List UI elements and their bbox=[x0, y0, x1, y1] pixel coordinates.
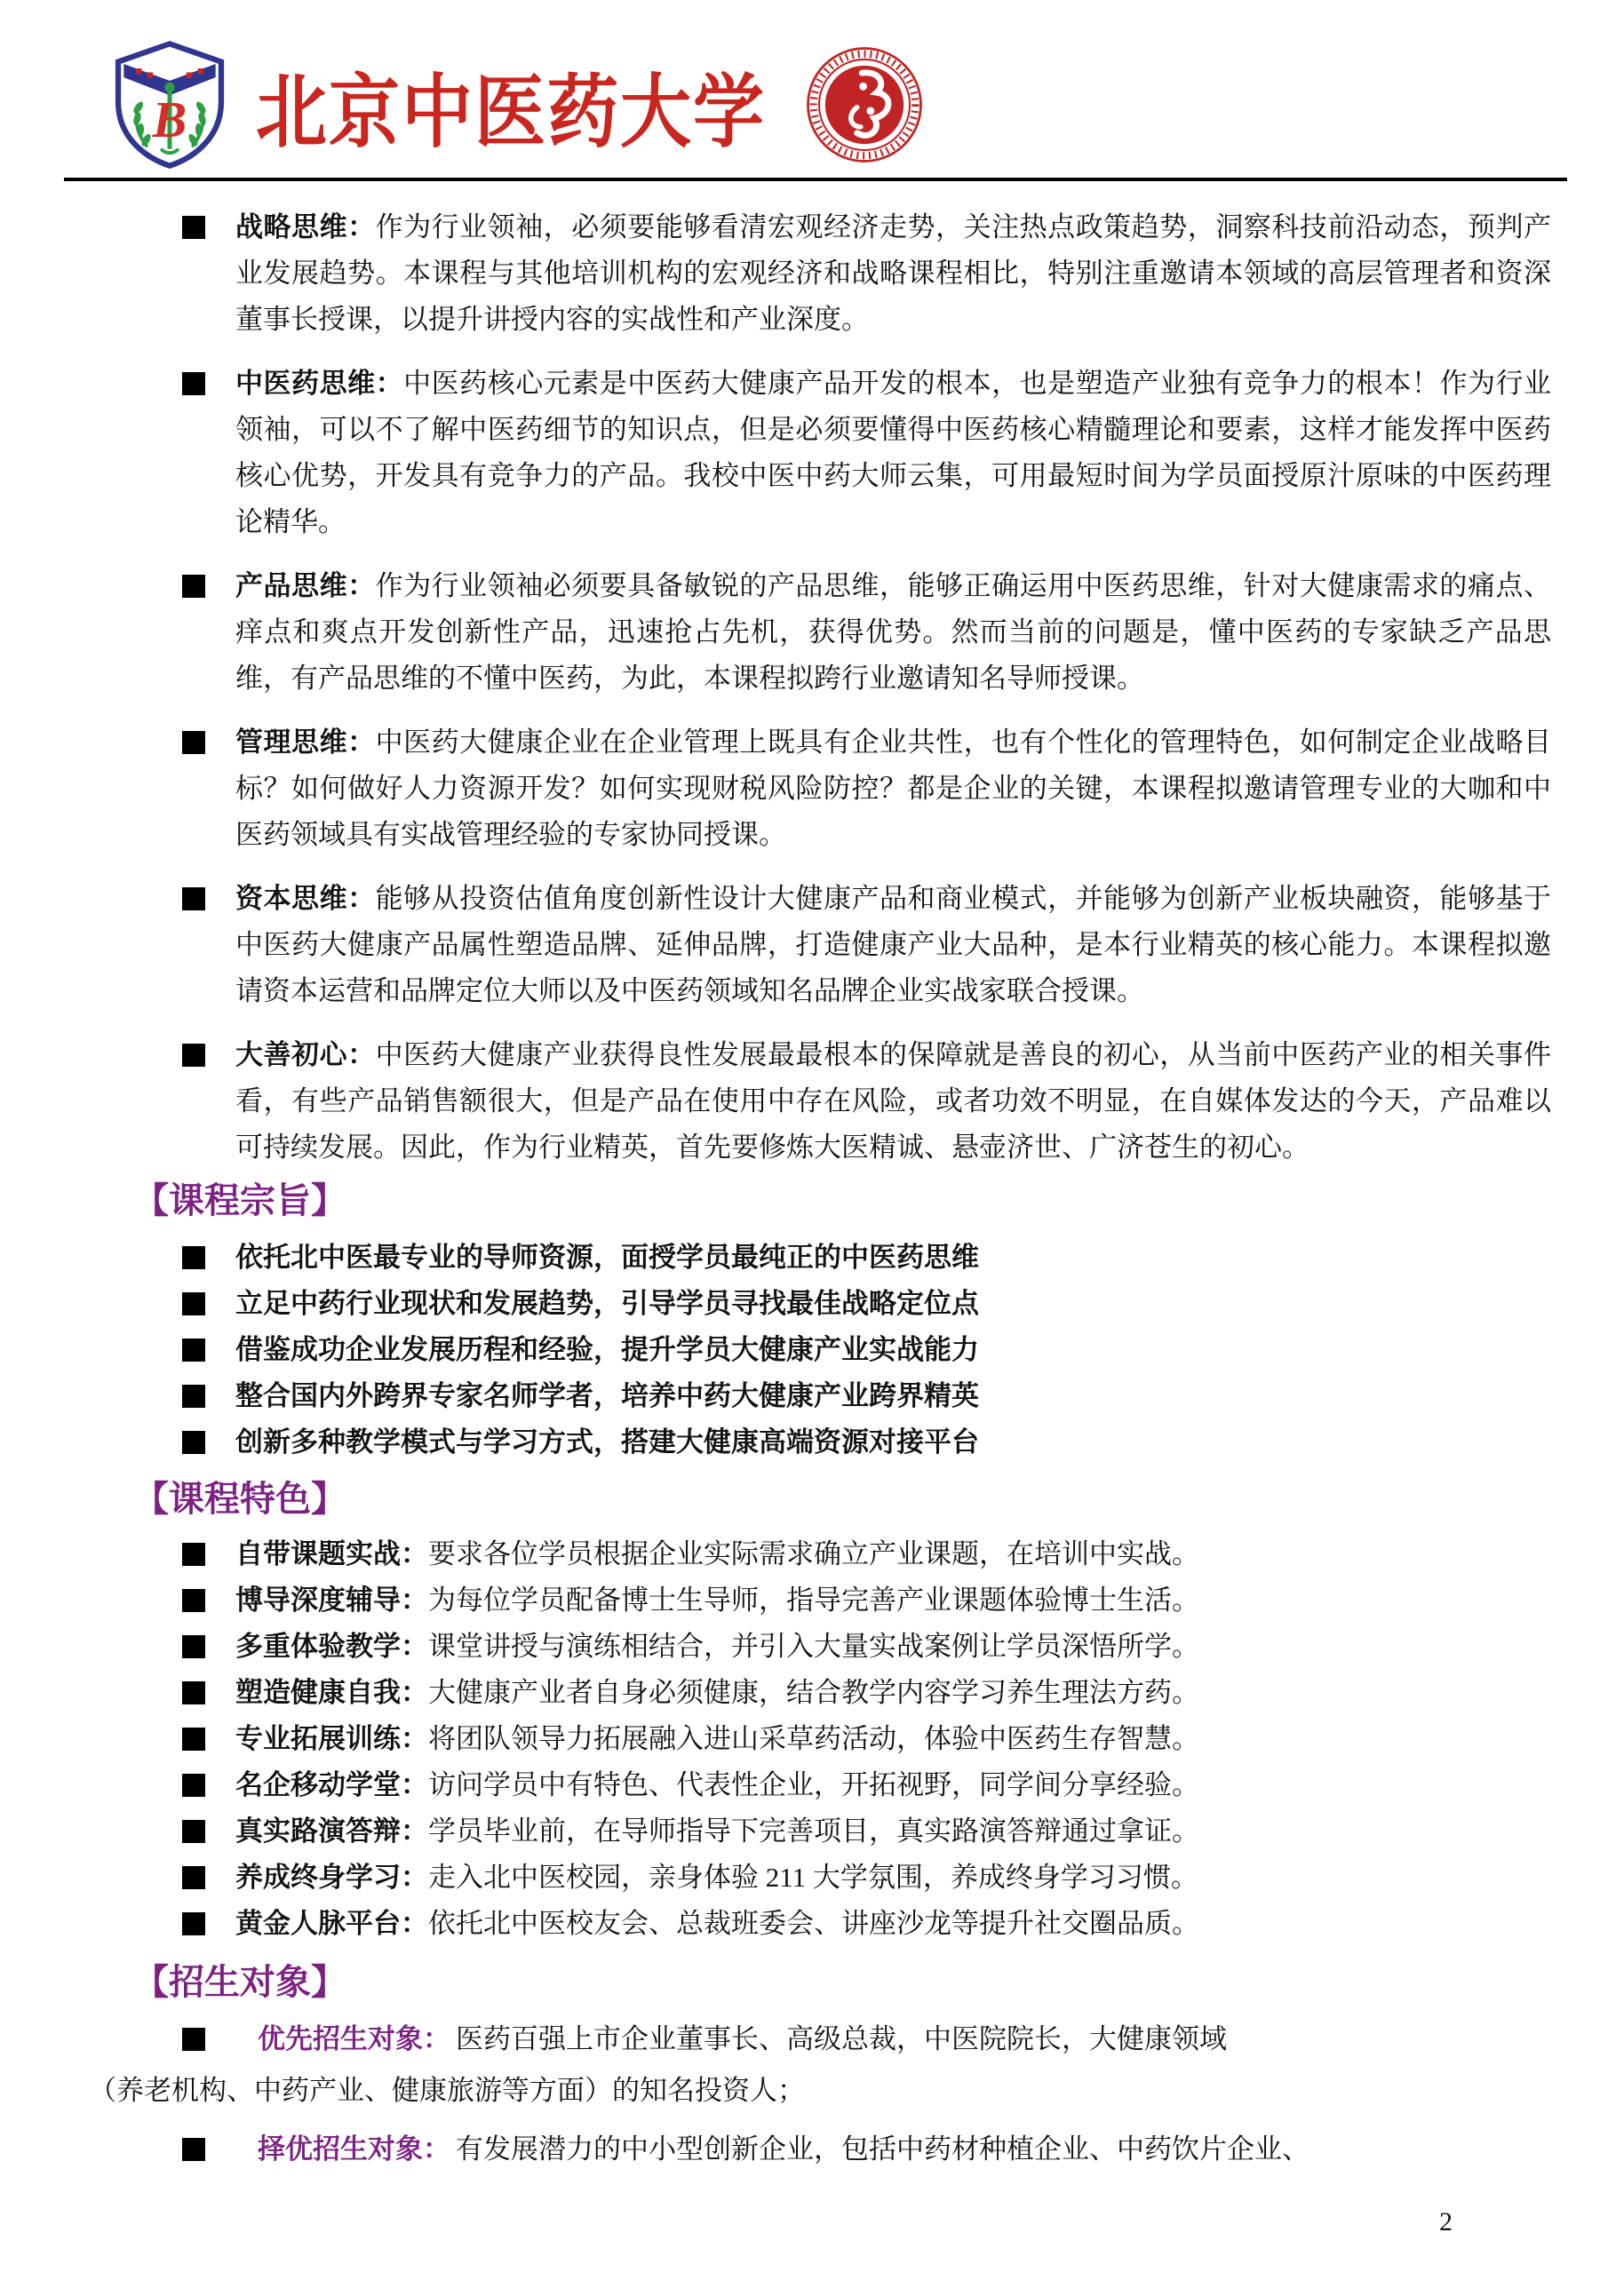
feature-label: 黄金人脉平台： bbox=[235, 1908, 428, 1939]
purpose-item-text: 创新多种教学模式与学习方式，搭建大健康高端资源对接平台 bbox=[235, 1426, 979, 1458]
feature-item: 专业拓展训练：将团队领导力拓展融入进山采草药活动，体验中医药生存智慧。 bbox=[235, 1716, 1571, 1762]
enrollment-item-selective: 择优招生对象：有发展潜力的中小型创新企业，包括中药材种植企业、中药饮片企业、 bbox=[258, 2126, 1571, 2173]
bullet-square-icon bbox=[182, 1543, 205, 1566]
bullet-square-icon bbox=[182, 2028, 205, 2051]
feature-text: 学员毕业前，在导师指导下完善项目，真实路演答辩通过拿证。 bbox=[428, 1815, 1199, 1847]
feature-item: 养成终身学习：走入北中医校园，亲身体验 211 大学氛围，养成终身学习习惯。 bbox=[235, 1855, 1571, 1901]
document-page: B 北京中医药大学 战略思维：作为行业领袖，必须要能够看清宏观经济走势，关注热点… bbox=[0, 0, 1624, 2296]
bullet-square-icon bbox=[182, 1774, 205, 1797]
bullet-square-icon bbox=[182, 1589, 205, 1612]
page-number: 2 bbox=[1439, 2207, 1453, 2237]
feature-label: 多重体验教学： bbox=[235, 1631, 428, 1662]
bullet-square-icon bbox=[182, 1431, 205, 1454]
bullet-square-icon bbox=[182, 1044, 205, 1067]
bullet-square-icon bbox=[182, 575, 205, 598]
feature-text: 将团队领导力拓展融入进山采草药活动，体验中医药生存智慧。 bbox=[428, 1723, 1199, 1754]
thinking-point-product: 产品思维：作为行业领袖必须要具备敏锐的产品思维，能够正确运用中医药思维，针对大健… bbox=[235, 563, 1551, 702]
purpose-item: 立足中药行业现状和发展趋势，引导学员寻找最佳战略定位点 bbox=[235, 1281, 1551, 1327]
feature-item: 真实路演答辩：学员毕业前，在导师指导下完善项目，真实路演答辩通过拿证。 bbox=[235, 1808, 1571, 1855]
thinking-point-kindness: 大善初心：中医药大健康产业获得良性发展最最根本的保障就是善良的初心，从当前中医药… bbox=[235, 1032, 1551, 1171]
bullet-square-icon bbox=[182, 1681, 205, 1704]
point-label: 战略思维： bbox=[235, 211, 376, 242]
bullet-square-icon bbox=[182, 887, 205, 910]
feature-label: 名企移动学堂： bbox=[235, 1769, 428, 1800]
bullet-square-icon bbox=[182, 1820, 205, 1843]
header-divider bbox=[64, 178, 1567, 181]
purpose-item: 整合国内外跨界专家名师学者，培养中药大健康产业跨界精英 bbox=[235, 1373, 1551, 1419]
purpose-item-text: 借鉴成功企业发展历程和经验，提升学员大健康产业实战能力 bbox=[235, 1334, 979, 1365]
university-seal-icon bbox=[803, 36, 926, 174]
point-label: 资本思维： bbox=[235, 883, 376, 914]
feature-label: 博导深度辅导： bbox=[235, 1585, 428, 1616]
feature-label: 塑造健康自我： bbox=[235, 1677, 428, 1708]
purpose-item: 借鉴成功企业发展历程和经验，提升学员大健康产业实战能力 bbox=[235, 1327, 1551, 1373]
feature-text: 走入北中医校园，亲身体验 211 大学氛围，养成终身学习习惯。 bbox=[428, 1862, 1198, 1893]
purpose-item: 依托北中医最专业的导师资源，面授学员最纯正的中医药思维 bbox=[235, 1235, 1551, 1281]
feature-text: 课堂讲授与演练相结合，并引入大量实战案例让学员深悟所学。 bbox=[428, 1631, 1199, 1662]
enrollment-text: 有发展潜力的中小型创新企业，包括中药材种植企业、中药饮片企业、 bbox=[456, 2133, 1310, 2165]
point-text: 能够从投资估值角度创新性设计大健康产品和商业模式，并能够为创新产业板块融资，能够… bbox=[235, 883, 1551, 1006]
bullet-square-icon bbox=[182, 1912, 205, 1935]
feature-item: 塑造健康自我：大健康产业者自身必须健康，结合教学内容学习养生理法方药。 bbox=[235, 1670, 1571, 1716]
point-label: 中医药思维： bbox=[235, 368, 403, 399]
thinking-point-strategy: 战略思维：作为行业领袖，必须要能够看清宏观经济走势，关注热点政策趋势，洞察科技前… bbox=[235, 204, 1551, 343]
bullet-square-icon bbox=[182, 1866, 205, 1889]
point-text: 中医药大健康产业获得良性发展最最根本的保障就是善良的初心，从当前中医药产业的相关… bbox=[235, 1039, 1551, 1163]
bullet-square-icon bbox=[182, 1339, 205, 1362]
feature-text: 依托北中医校友会、总裁班委会、讲座沙龙等提升社交圈品质。 bbox=[428, 1908, 1199, 1939]
university-crest-icon: B bbox=[114, 39, 226, 171]
enrollment-item-priority: 优先招生对象：医药百强上市企业董事长、高级总裁，中医院院长，大健康领域 bbox=[258, 2016, 1571, 2062]
purpose-list: 依托北中医最专业的导师资源，面授学员最纯正的中医药思维 立足中药行业现状和发展趋… bbox=[0, 1235, 1624, 1466]
features-list: 自带课题实战：要求各位学员根据企业实际需求确立产业课题，在培训中实战。 博导深度… bbox=[0, 1531, 1624, 1947]
feature-item: 博导深度辅导：为每位学员配备博士生导师，指导完善产业课题体验博士生活。 bbox=[235, 1577, 1571, 1624]
bullet-square-icon bbox=[182, 731, 205, 754]
feature-label: 专业拓展训练： bbox=[235, 1723, 428, 1754]
feature-text: 大健康产业者自身必须健康，结合教学内容学习养生理法方药。 bbox=[428, 1677, 1199, 1708]
bullet-square-icon bbox=[182, 1728, 205, 1751]
feature-label: 养成终身学习： bbox=[235, 1862, 428, 1893]
page-header: B 北京中医药大学 bbox=[114, 34, 1517, 176]
university-name: 北京中医药大学 bbox=[256, 48, 766, 163]
feature-label: 真实路演答辩： bbox=[235, 1815, 428, 1847]
bullet-square-icon bbox=[182, 1246, 205, 1269]
bullet-square-icon bbox=[182, 1292, 205, 1315]
feature-item: 自带课题实战：要求各位学员根据企业实际需求确立产业课题，在培训中实战。 bbox=[235, 1531, 1571, 1577]
point-text: 作为行业领袖，必须要能够看清宏观经济走势，关注热点政策趋势，洞察科技前沿动态，预… bbox=[235, 211, 1551, 335]
feature-label: 自带课题实战： bbox=[235, 1538, 428, 1569]
feature-item: 黄金人脉平台：依托北中医校友会、总裁班委会、讲座沙龙等提升社交圈品质。 bbox=[235, 1901, 1571, 1947]
thinking-point-tcm: 中医药思维：中医药核心元素是中医药大健康产品开发的根本，也是塑造产业独有竞争力的… bbox=[235, 361, 1551, 545]
purpose-item-text: 立足中药行业现状和发展趋势，引导学员寻找最佳战略定位点 bbox=[235, 1288, 979, 1319]
section-title-enrollment: 【招生对象】 bbox=[133, 1958, 1624, 2007]
svg-text:B: B bbox=[152, 91, 187, 148]
feature-item: 名企移动学堂：访问学员中有特色、代表性企业，开拓视野，同学间分享经验。 bbox=[235, 1762, 1571, 1808]
feature-item: 多重体验教学：课堂讲授与演练相结合，并引入大量实战案例让学员深悟所学。 bbox=[235, 1624, 1571, 1670]
bullet-square-icon bbox=[182, 372, 205, 395]
enrollment-label: 择优招生对象： bbox=[258, 2133, 450, 2165]
point-text: 作为行业领袖必须要具备敏锐的产品思维，能够正确运用中医药思维，针对大健康需求的痛… bbox=[235, 570, 1551, 694]
bullet-square-icon bbox=[182, 1385, 205, 1408]
enrollment-label: 优先招生对象： bbox=[258, 2023, 450, 2054]
purpose-item-text: 依托北中医最专业的导师资源，面授学员最纯正的中医药思维 bbox=[235, 1242, 979, 1273]
page-body: 战略思维：作为行业领袖，必须要能够看清宏观经济走势，关注热点政策趋势，洞察科技前… bbox=[0, 204, 1624, 2173]
enrollment-list: 优先招生对象：医药百强上市企业董事长、高级总裁，中医院院长，大健康领域 （养老机… bbox=[0, 2016, 1624, 2173]
enrollment-continuation: （养老机构、中药产业、健康旅游等方面）的知名投资人； bbox=[89, 2068, 1571, 2114]
feature-text: 要求各位学员根据企业实际需求确立产业课题，在培训中实战。 bbox=[428, 1538, 1199, 1569]
thinking-point-management: 管理思维：中医药大健康企业在企业管理上既具有企业共性，也有个性化的管理特色，如何… bbox=[235, 719, 1551, 858]
point-text: 中医药核心元素是中医药大健康产品开发的根本，也是塑造产业独有竞争力的根本！作为行… bbox=[235, 368, 1551, 537]
purpose-item: 创新多种教学模式与学习方式，搭建大健康高端资源对接平台 bbox=[235, 1419, 1551, 1466]
bullet-square-icon bbox=[182, 216, 205, 239]
feature-text: 访问学员中有特色、代表性企业，开拓视野，同学间分享经验。 bbox=[428, 1769, 1199, 1800]
purpose-item-text: 整合国内外跨界专家名师学者，培养中药大健康产业跨界精英 bbox=[235, 1380, 979, 1411]
section-title-features: 【课程特色】 bbox=[133, 1474, 1624, 1524]
point-label: 管理思维： bbox=[235, 727, 376, 758]
thinking-point-capital: 资本思维：能够从投资估值角度创新性设计大健康产品和商业模式，并能够为创新产业板块… bbox=[235, 876, 1551, 1014]
point-label: 产品思维： bbox=[235, 570, 376, 601]
feature-text: 为每位学员配备博士生导师，指导完善产业课题体验博士生活。 bbox=[428, 1585, 1199, 1616]
point-label: 大善初心： bbox=[235, 1039, 376, 1070]
point-text: 中医药大健康企业在企业管理上既具有企业共性，也有个性化的管理特色，如何制定企业战… bbox=[235, 727, 1551, 850]
bullet-square-icon bbox=[182, 1635, 205, 1658]
section-title-purpose: 【课程宗旨】 bbox=[133, 1176, 1624, 1226]
enrollment-text: 医药百强上市企业董事长、高级总裁，中医院院长，大健康领域 bbox=[456, 2023, 1227, 2054]
bullet-square-icon bbox=[182, 2138, 205, 2161]
